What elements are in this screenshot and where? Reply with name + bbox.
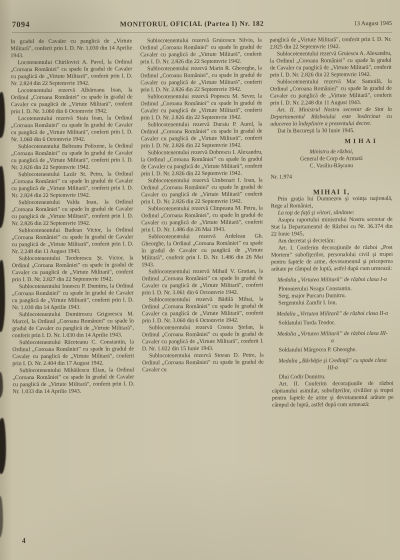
paragraph: Medalia „Virtutea Militară” de război cl…: [276, 277, 388, 285]
paragraph: Sublocotenentului rezervă Marin R. Gheor…: [140, 66, 262, 95]
paragraph: Sublocotenentului Răceteanu C. Constanti…: [12, 339, 134, 368]
ink-smudge: [0, 260, 5, 332]
paragraph: panglică de „Virtute Militară”, conferit…: [270, 37, 392, 52]
paragraph: Sublocotenentului rezervă Mihail V. Grat…: [142, 269, 264, 298]
column-3: panglică de „Virtute Militară”, conferit…: [270, 37, 395, 548]
paragraph: Dat în Bucureşti la 30 Iunie 1945.: [270, 128, 392, 136]
paragraph: Sublocotenentului Dumitrescu Grigorescu …: [12, 311, 134, 340]
paragraph: Art. II. Conferim decoraţiunile de războ…: [272, 381, 394, 410]
paragraph: Sublocotenentului Mihăilescu Elian, la O…: [12, 367, 134, 396]
running-header: 7094 MONITORUL OFICIAL (Partea I) Nr. 18…: [12, 18, 392, 29]
ink-smudge: [0, 372, 3, 398]
paragraph: Locotenentului rezervă Albăreanu Ioan, l…: [11, 87, 133, 116]
paragraph: Sublocotenentului rezervă Dobrescu I. Al…: [141, 150, 263, 179]
paragraph: Sublocotenentului rezervă Gruiescu A. Al…: [270, 51, 392, 80]
paragraph: Medalia „Virtutea Militară” de război cl…: [276, 311, 388, 319]
paragraph: C. Vasiliu-Răşcanu: [271, 163, 393, 171]
paragraph: Asupra raportului ministrului Nostru sec…: [271, 217, 393, 239]
paragraph: Sublocotenentului rezervă Stoean D. Petr…: [142, 353, 264, 375]
issue-date: 13 August 1945: [354, 21, 392, 27]
ink-smudge: [0, 496, 3, 538]
paragraph: Sublocotenentului Valda Ioan, la Ordinul…: [11, 199, 133, 228]
paragraph: Sublocotenentului Lazăr St. Petru, la Or…: [11, 171, 133, 200]
paragraph: Soldatului Turda Teodor.: [272, 320, 394, 328]
signature-mark: 4: [22, 537, 26, 545]
paragraph: Sublocotenentului rezervă Mac Samoilă, l…: [270, 79, 392, 108]
paragraph: Sergentului Zamfir I. Ion.: [271, 300, 393, 308]
paragraph: Sublocotenentului Ionescu P. Dumitru, la…: [12, 283, 134, 312]
column-2: Sublocotenentului rezervă Gruicescu Silv…: [140, 38, 265, 549]
paragraph: Sublocotenentului rezervă Bădilă Mihai, …: [142, 297, 264, 326]
paragraph: Locotenentului Chirilovici A. Pavel, la …: [11, 59, 133, 88]
paragraph: Sublocotenentului rezervă Popescu M. Sev…: [140, 94, 262, 123]
paragraph: Locotenentului rezervă Staiu Ioan, la Or…: [11, 115, 133, 144]
paragraph: Art. I. Conferim decoraţiunile de război…: [271, 245, 393, 274]
paragraph: MIHAI: [270, 138, 378, 146]
paragraph: Sublocotenentului Budean Victor, la Ordi…: [12, 227, 134, 256]
paragraph: Medalia „Virtutea Militară” de război cl…: [277, 331, 389, 346]
paragraph: Sublocotenentului rezervă Gruicescu Silv…: [140, 38, 262, 67]
paragraph: Sublocotenentului Teodorescu Şt. Victor,…: [12, 255, 134, 284]
paragraph: Sublocotenentului rezervă Umbenari I. Io…: [141, 178, 263, 207]
paragraph: Sublocotenentului Belteanu Polixene, la …: [11, 143, 133, 172]
column-1: În gradul de Cavaler cu panglică de „Vir…: [10, 38, 135, 549]
scanned-gazette-page: 7094 MONITORUL OFICIAL (Partea I) Nr. 18…: [0, 0, 400, 560]
header-rule: [12, 32, 392, 33]
paragraph: Medalia „Bărbăţie şi Credinţă” cu spade …: [277, 358, 389, 373]
ink-smudge: [0, 418, 6, 474]
paragraph: Art. II. Ministrul Nostru secretar de St…: [270, 107, 392, 129]
paragraph: Sublocotenentului rezervă Cîmpeanu M. Pe…: [141, 206, 263, 235]
text-body: În gradul de Cavaler cu panglică de „Vir…: [10, 37, 394, 549]
page-title: MONITORUL OFICIAL (Partea I) Nr. 182: [120, 20, 264, 29]
paragraph: Sublocotenentului rezervă Ardelean Gh. G…: [141, 234, 263, 270]
paragraph: Sublocotenentului rezervă Costea Ştefan,…: [142, 325, 264, 354]
ink-smudge: [0, 166, 5, 228]
paragraph: În gradul de Cavaler cu panglică de „Vir…: [10, 38, 132, 60]
ink-smudge: [0, 92, 5, 138]
paragraph: Sublocotenentului rezervă Duraiu P. Aure…: [141, 122, 263, 151]
paragraph: Soldatului Mărgocea P. Gheorghe.: [272, 347, 394, 355]
paragraph: Nr. 1.974: [271, 174, 393, 182]
paragraph: Prin graţia lui Dumnezeu şi voinţa naţio…: [271, 196, 393, 211]
page-number: 7094: [12, 20, 30, 29]
